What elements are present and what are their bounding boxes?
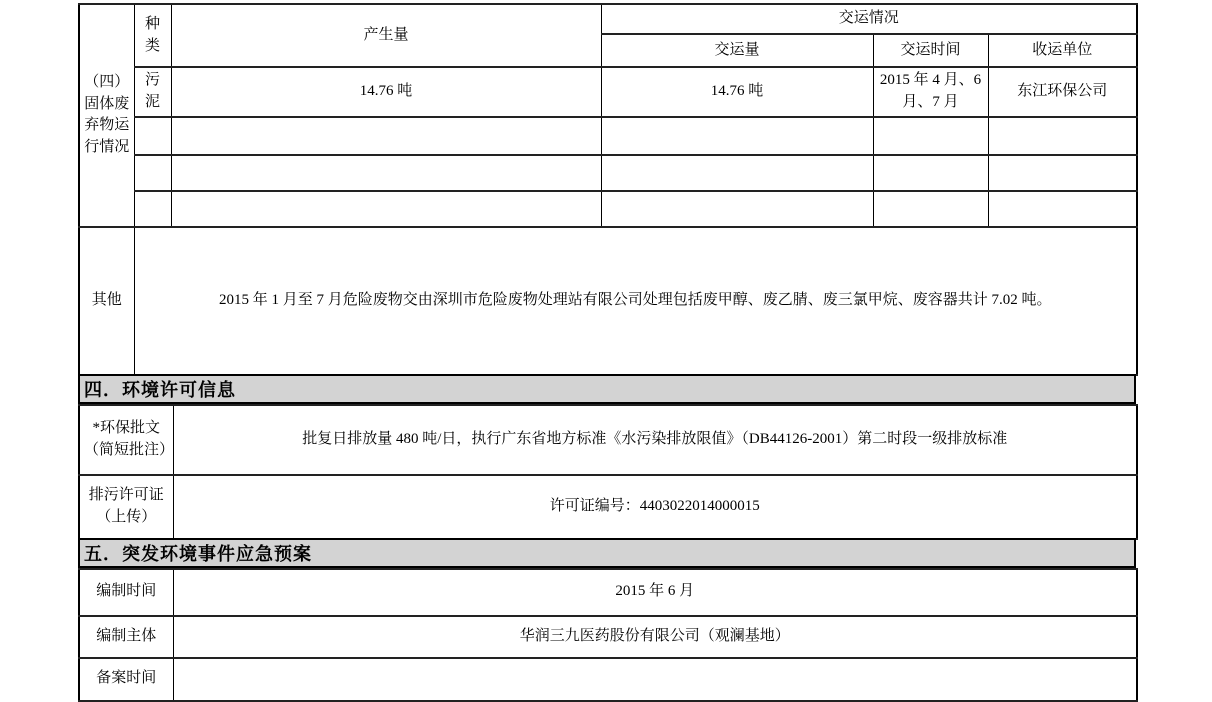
- col-header-transport-group: 交运情况: [601, 4, 1137, 34]
- col-header-transport-time: 交运时间: [873, 34, 988, 67]
- table-row-compile-time: 编制时间 2015 年 6 月: [79, 569, 1137, 616]
- receiving-unit-cell: [988, 191, 1137, 227]
- section-header-emergency: 五．突发环境事件应急预案: [78, 538, 1136, 568]
- col-header-receiving-unit: 收运单位: [988, 34, 1137, 67]
- generated-amount-cell: [171, 155, 601, 191]
- transport-amount-cell: [601, 117, 873, 155]
- col-header-generated: 产生量: [171, 4, 601, 67]
- table-row-filing-time: 备案时间: [79, 658, 1137, 666]
- transport-amount-cell: [601, 191, 873, 227]
- transport-time-cell: [873, 117, 988, 155]
- table-row-approval: *环保批文 （简短批注） 批复日排放量 480 吨/日，执行广东省地方标准《水污…: [79, 405, 1137, 475]
- section-header-emergency-title: 五．突发环境事件应急预案: [84, 540, 312, 566]
- table-row-empty: [79, 117, 1137, 155]
- table-row-empty: [79, 155, 1137, 191]
- other-value: 2015 年 1 月至 7 月危险废物交由深圳市危险废物处理站有限公司处理包括废…: [134, 227, 1137, 375]
- col-header-type: 种类: [134, 4, 171, 67]
- generated-amount-cell: 14.76 吨: [171, 67, 601, 117]
- approval-label: *环保批文 （简短批注）: [79, 405, 173, 475]
- solid-waste-table: （四） 固体废弃物运行情况 种类 产生量 交运情况 交运量 交运时间 收运单位 …: [78, 3, 1138, 376]
- discharge-permit-label: 排污许可证 （上传）: [79, 475, 173, 539]
- table-row-discharge-permit: 排污许可证 （上传） 许可证编号：4403022014000015: [79, 475, 1137, 539]
- compile-entity-value: 华润三九医药股份有限公司（观澜基地）: [173, 616, 1137, 658]
- compile-time-label: 编制时间: [79, 569, 173, 616]
- receiving-unit-cell: [988, 155, 1137, 191]
- emergency-table: 编制时间 2015 年 6 月 编制主体 华润三九医药股份有限公司（观澜基地） …: [78, 568, 1138, 666]
- receiving-unit-cell: [988, 117, 1137, 155]
- waste-type-cell: [134, 155, 171, 191]
- table-row-other: 其他 2015 年 1 月至 7 月危险废物交由深圳市危险废物处理站有限公司处理…: [79, 227, 1137, 375]
- waste-type-cell: [134, 191, 171, 227]
- other-label: 其他: [79, 227, 134, 375]
- waste-type-cell: [134, 117, 171, 155]
- receiving-unit-cell: 东江环保公司: [988, 67, 1137, 117]
- filing-time-label: 备案时间: [79, 658, 173, 666]
- permit-table: *环保批文 （简短批注） 批复日排放量 480 吨/日，执行广东省地方标准《水污…: [78, 404, 1138, 540]
- generated-amount-cell: [171, 117, 601, 155]
- transport-amount-cell: 14.76 吨: [601, 67, 873, 117]
- section-header-permit: 四．环境许可信息: [78, 374, 1136, 404]
- section-label-solid-waste: （四） 固体废弃物运行情况: [79, 4, 134, 227]
- filing-time-value: [173, 658, 1137, 666]
- document-page: （四） 固体废弃物运行情况 种类 产生量 交运情况 交运量 交运时间 收运单位 …: [78, 3, 1136, 665]
- header-row-1: （四） 固体废弃物运行情况 种类 产生量 交运情况: [79, 4, 1137, 34]
- waste-type-cell: 污泥: [134, 67, 171, 117]
- compile-time-value: 2015 年 6 月: [173, 569, 1137, 616]
- transport-time-cell: [873, 155, 988, 191]
- transport-time-cell: 2015 年 4 月、6 月、7 月: [873, 67, 988, 117]
- compile-entity-label: 编制主体: [79, 616, 173, 658]
- transport-time-cell: [873, 191, 988, 227]
- generated-amount-cell: [171, 191, 601, 227]
- table-row-sludge: 污泥 14.76 吨 14.76 吨 2015 年 4 月、6 月、7 月 东江…: [79, 67, 1137, 117]
- col-header-transport-amount: 交运量: [601, 34, 873, 67]
- table-row-compile-entity: 编制主体 华润三九医药股份有限公司（观澜基地）: [79, 616, 1137, 658]
- approval-value: 批复日排放量 480 吨/日，执行广东省地方标准《水污染排放限值》（DB4412…: [173, 405, 1137, 475]
- table-row-empty: [79, 191, 1137, 227]
- transport-amount-cell: [601, 155, 873, 191]
- section-header-permit-title: 四．环境许可信息: [84, 376, 236, 402]
- discharge-permit-value: 许可证编号：4403022014000015: [173, 475, 1137, 539]
